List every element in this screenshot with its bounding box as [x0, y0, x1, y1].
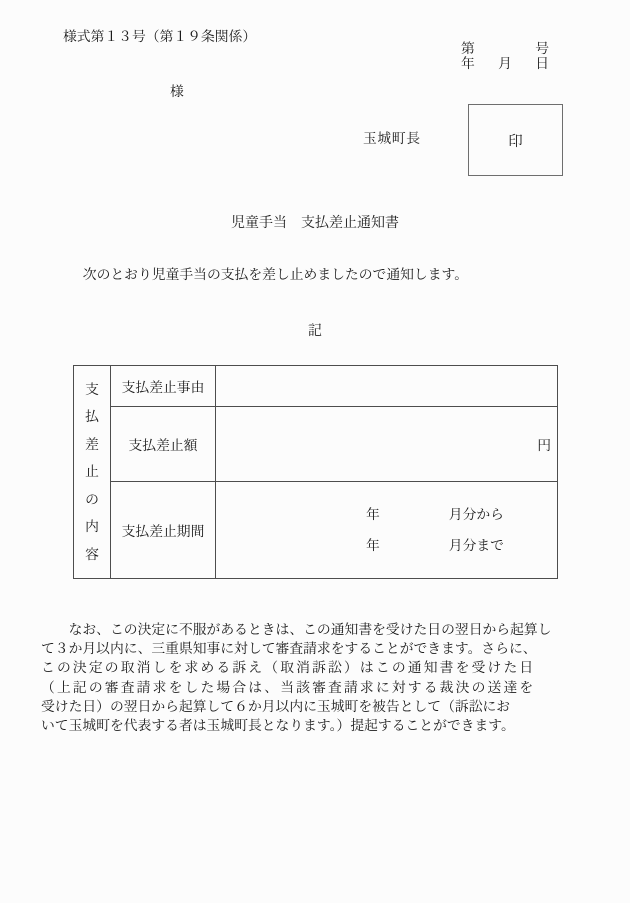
reason-value-cell [215, 366, 557, 406]
date-month-label: 月 [498, 56, 512, 71]
appeal-notice-line: て３か月以内に、三重県知事に対して審査請求をすることができます。さらに、 [41, 639, 541, 658]
addressee-suffix: 様 [170, 83, 184, 100]
intro-text: 次のとおり児童手当の支払を差し止めましたので通知します。 [69, 266, 468, 283]
doc-number-prefix: 第 [461, 41, 475, 56]
row-label-period: 支払差止期間 [110, 481, 215, 578]
form-number: 様式第１３号（第１９条関係） [63, 28, 256, 45]
seal-box: 印 [468, 104, 563, 176]
period-to-line: 年 月分まで [366, 530, 557, 561]
table-group-label: 支払差止の内容 [85, 376, 99, 569]
period-value-cell: 年 月分から 年 月分まで [215, 481, 557, 578]
appeal-notice-line: いて玉城町を代表する者は玉城町長となります。）提起することができます。 [41, 716, 541, 735]
date-year-label: 年 [461, 56, 475, 71]
document-number-and-date: 第 号 年 月 日 [461, 41, 549, 71]
amount-unit-label: 円 [537, 434, 551, 454]
appeal-notice-line: なお、この決定に不服があるときは、この通知書を受けた日の翌日から起算し [41, 620, 541, 639]
document-number-line: 第 号 [461, 41, 549, 56]
appeal-notice-line: （上記の審査請求をした場合は、当該審査請求に対する裁決の送達を [41, 678, 541, 697]
date-day-label: 日 [535, 56, 549, 71]
seal-label: 印 [508, 130, 523, 151]
sender-name: 玉城町長 [363, 130, 421, 147]
doc-number-suffix: 号 [535, 41, 549, 56]
document-title: 児童手当 支払差止通知書 [0, 212, 630, 232]
suspension-details-table: 支払差止の内容 支払差止事由 支払差止額 円 支払差止期間 年 月分から 年 月… [73, 365, 558, 579]
amount-value-cell: 円 [215, 406, 557, 481]
table-group-label-cell: 支払差止の内容 [74, 366, 110, 578]
appeal-notice-line: この決定の取消しを求める訴え（取消訴訟）はこの通知書を受けた日 [41, 658, 541, 677]
notice-document-page: 様式第１３号（第１９条関係） 第 号 年 月 日 様 玉城町長 印 児童手当 支… [0, 0, 630, 903]
appeal-notice: なお、この決定に不服があるときは、この通知書を受けた日の翌日から起算し て３か月… [41, 620, 541, 735]
section-marker: 記 [0, 320, 630, 340]
row-label-reason: 支払差止事由 [110, 366, 215, 406]
appeal-notice-line: 受けた日）の翌日から起算して６か月以内に玉城町を被告として（訴訟にお [41, 697, 541, 716]
date-line: 年 月 日 [461, 56, 549, 71]
period-from-line: 年 月分から [366, 499, 557, 530]
row-label-amount: 支払差止額 [110, 406, 215, 481]
